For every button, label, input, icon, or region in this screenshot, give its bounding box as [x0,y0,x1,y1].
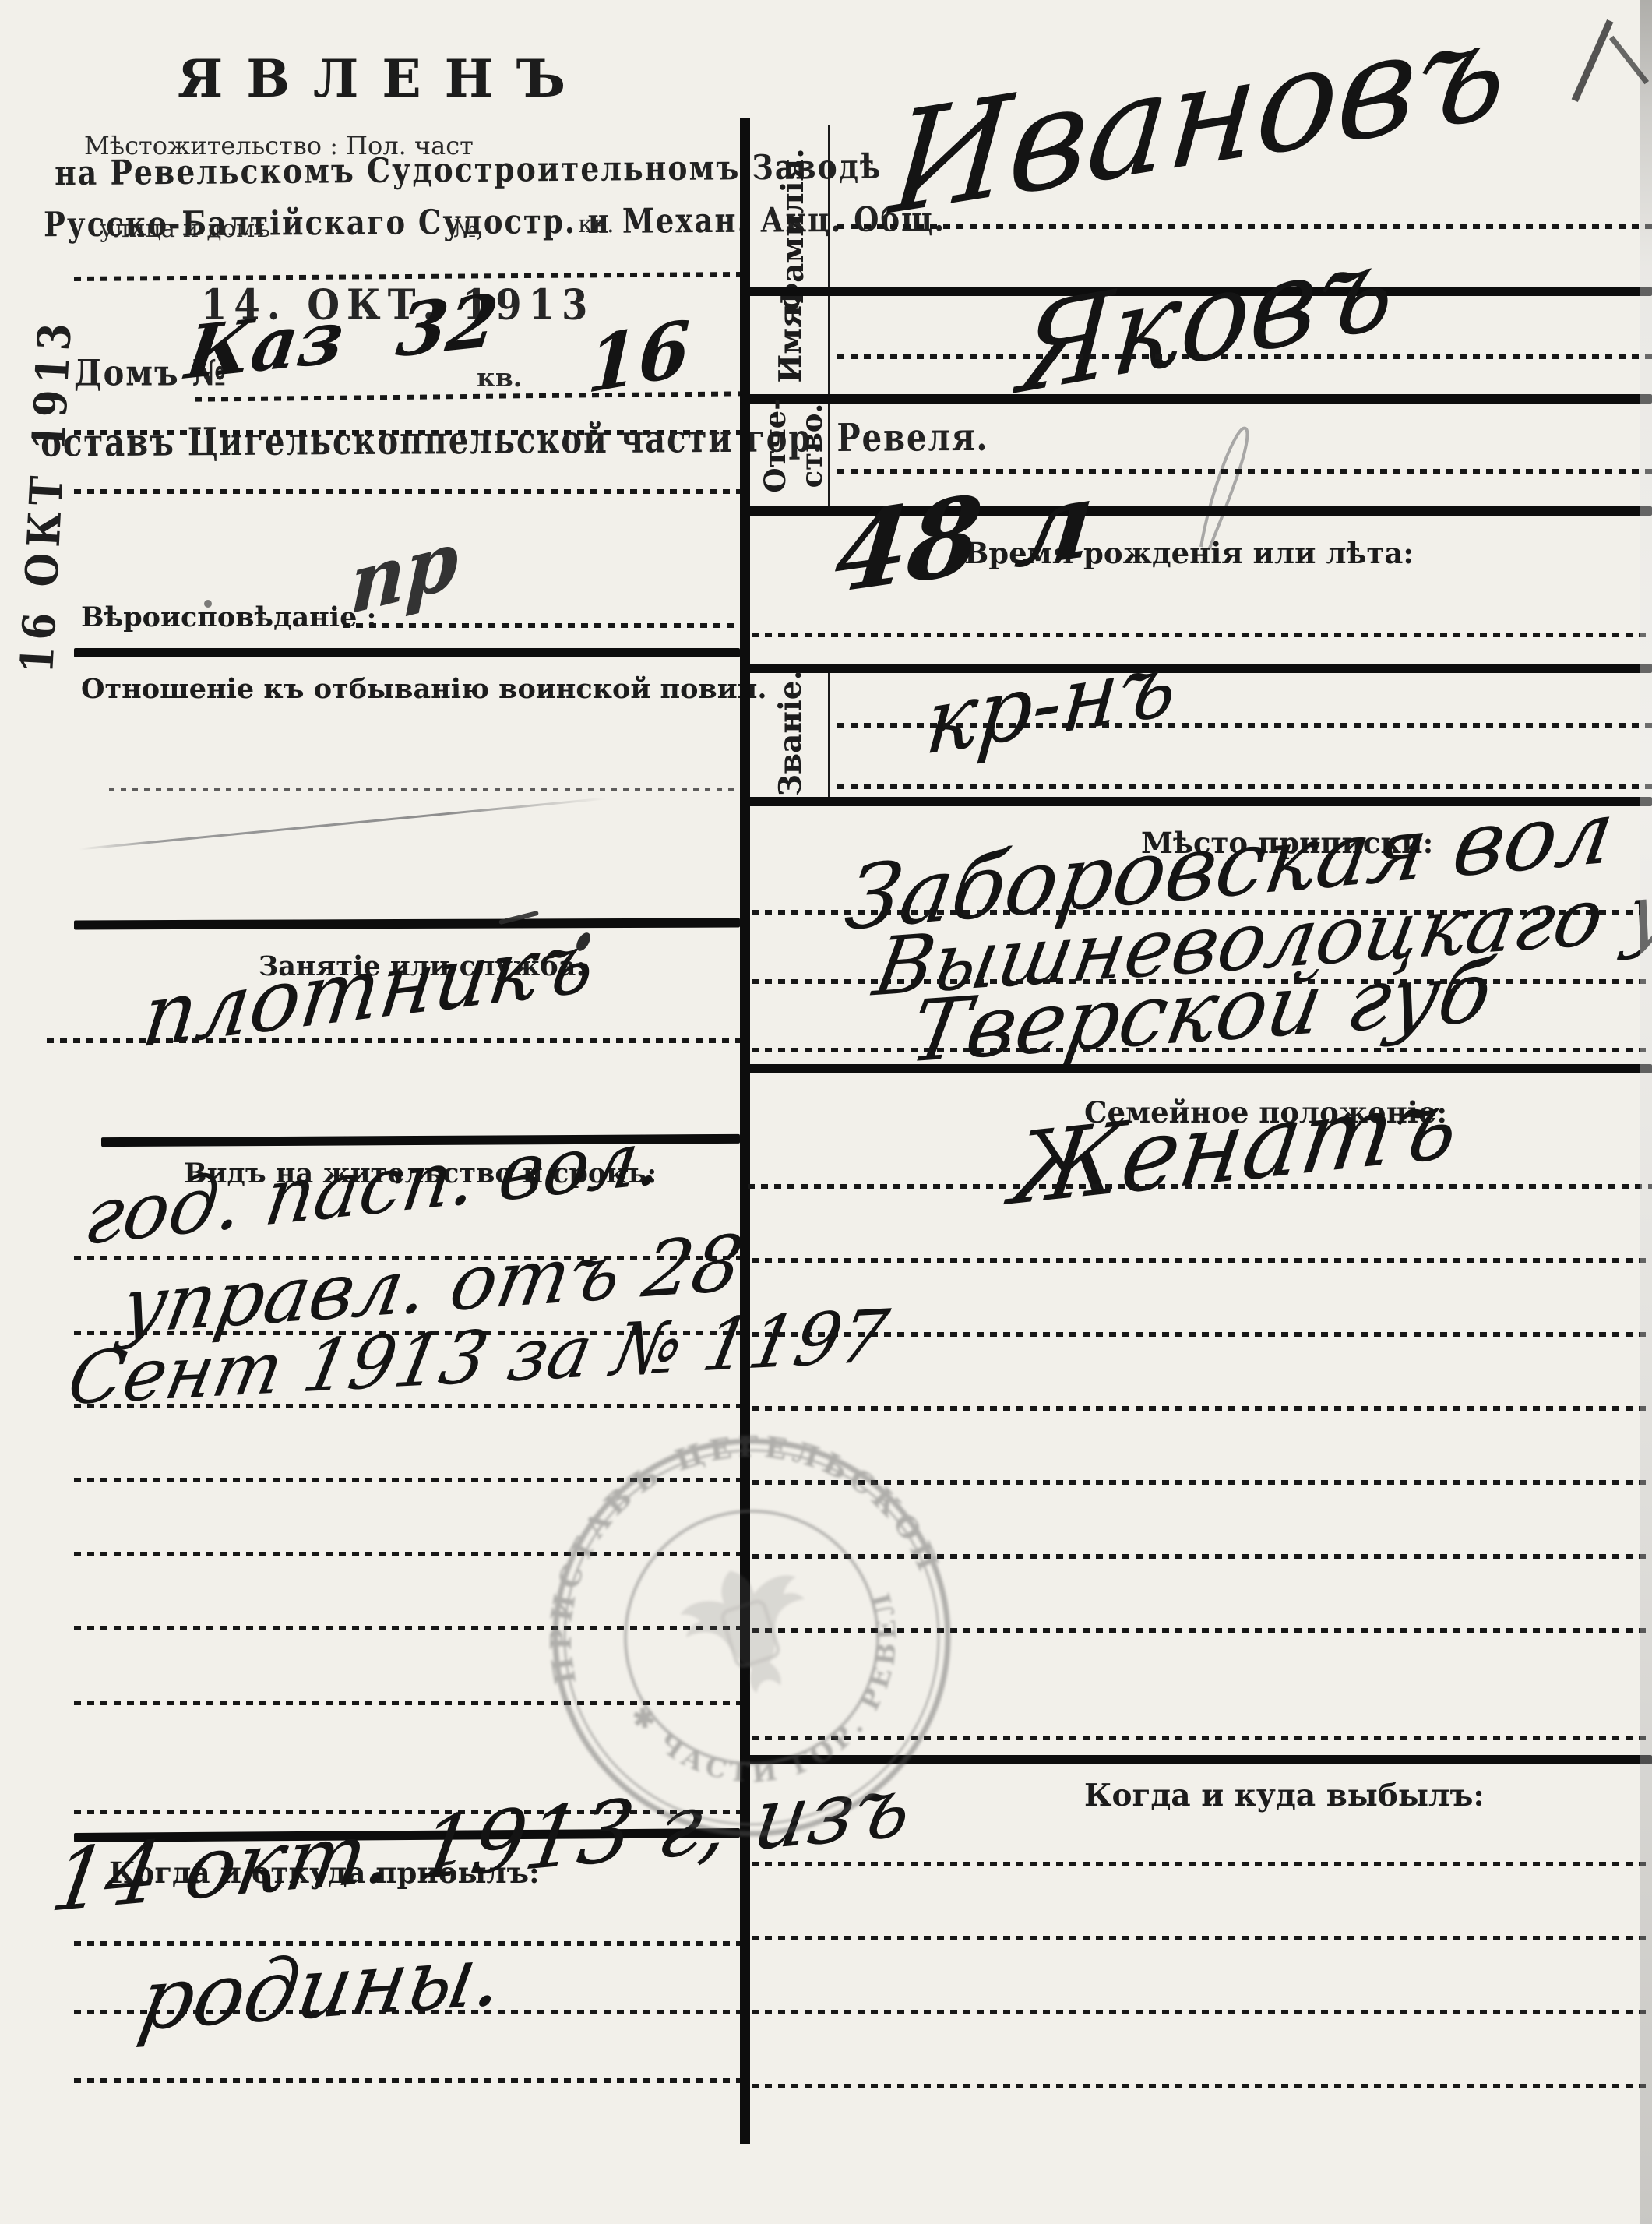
scan-edge-shade [1640,0,1652,2224]
label-separator [828,668,830,801]
precinct-stamp-line: оставъ Цигельскоппельской части гор. Рев… [41,414,988,465]
section-rule [74,918,740,930]
family-status-handwritten: Женатъ [1006,1066,1466,1228]
name-value-handwritten: Яковъ [1014,216,1398,421]
birth-value-handwritten: 48 л [830,455,1101,618]
dotted-line [74,2078,740,2083]
rank-value-handwritten: кр-нъ [921,632,1181,775]
dotted-line [752,633,1652,637]
section-rule [74,648,740,657]
dotted-line [752,2010,1652,2014]
religion-value-handwritten: пр [349,510,460,633]
dotted-line [752,1936,1652,1940]
patronymic-label-line2: ство. [794,360,829,531]
dotted-line [752,1332,1652,1337]
dotted-line [343,623,740,628]
side-date-stamp: 16 ОКТ 1913 [10,376,79,675]
dotted-line [752,1862,1652,1866]
pencil-stroke [79,797,606,850]
dotted-line [837,224,1652,229]
pencil-loop-mark [1192,421,1262,553]
dotted-line [752,1048,1652,1052]
dotted-line [74,489,740,494]
dotted-line [837,723,1652,728]
section-rule [741,394,1652,404]
patronymic-label-line1: Отче- [758,360,792,531]
departed-label: Когда и куда выбылъ: [1084,1778,1485,1813]
dotted-line [752,2084,1652,2088]
section-rule [741,664,1652,673]
religion-label: Вѣроисповѣданіе : [81,601,376,633]
scan-mark [1572,19,1614,102]
section-rule [741,1064,1652,1073]
dotted-line [109,788,740,791]
dotted-line [748,1184,1652,1189]
dotted-line [74,1404,740,1408]
military-duty-label: Отношеніе къ отбыванію воинской повин. [81,673,767,705]
rank-label: Званіе. [773,647,808,819]
dotted-line [74,2010,740,2014]
dotted-line [47,1038,740,1043]
surname-value-handwritten: Ивановъ [886,0,1513,246]
dotted-line [837,469,1652,474]
occupation-value-handwritten: плотникъ [137,912,600,1067]
dotted-line [837,354,1652,359]
registration-card-scan: ЯВЛЕНЪ Мѣстожительство : Пол. част на Ре… [0,0,1652,2224]
factory-stamp-line1: на Ревельскомъ Судостроительномъ Заводѣ [55,146,882,192]
page-title: ЯВЛЕНЪ [178,48,589,109]
dotted-line [752,1258,1652,1263]
scan-speck [204,600,212,608]
dotted-line [195,391,740,401]
apartment-label: кв. [477,362,522,393]
eagle-emblem [671,1552,828,1709]
